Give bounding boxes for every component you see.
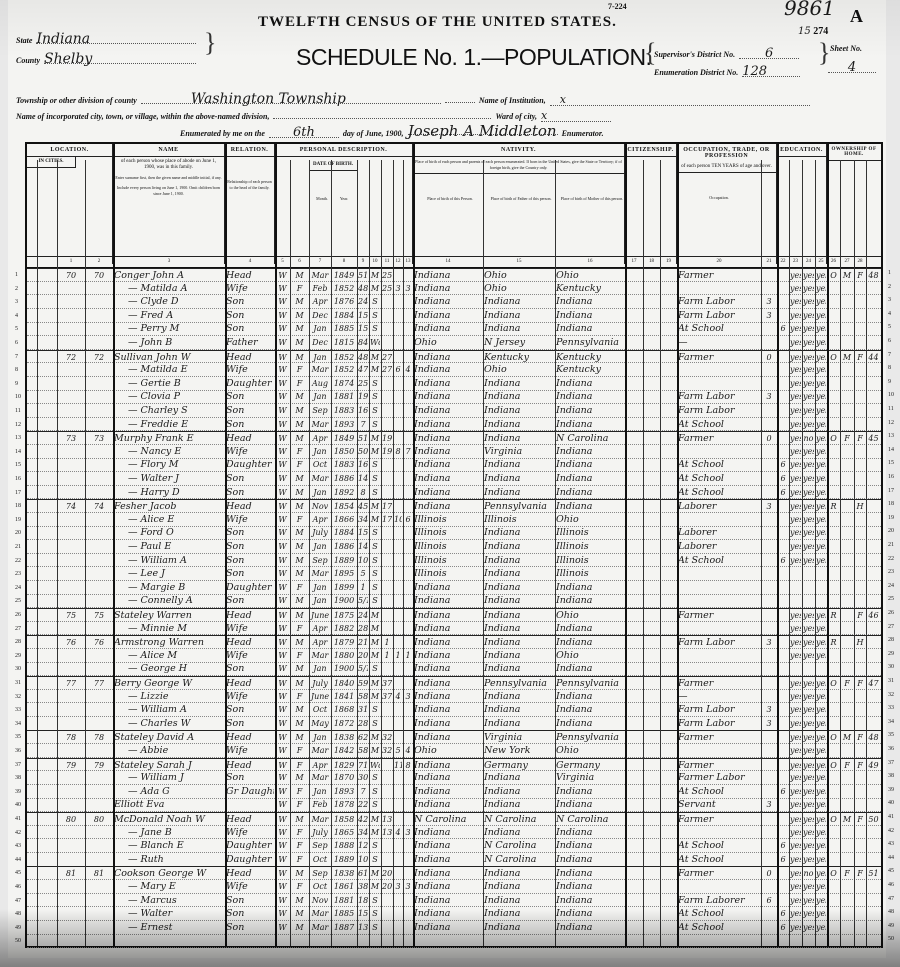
line-number-left: 46 xyxy=(15,884,21,890)
table-row: — Freddie ESonWMMar18937SIndianaIndianaI… xyxy=(27,418,881,432)
cell-school xyxy=(778,282,788,296)
line-number-left: 42 xyxy=(15,830,21,836)
table-row: — William JSonWMMar187030SIndianaIndiana… xyxy=(27,771,881,785)
cell-read: yes xyxy=(790,377,801,391)
cell-family xyxy=(86,377,112,391)
cell-family xyxy=(86,798,112,812)
cell-dwelling xyxy=(58,390,84,404)
cell-dwelling xyxy=(58,526,84,540)
cell-children-living: 1 xyxy=(404,649,412,663)
cell-children-born xyxy=(394,404,402,418)
cell-month: June xyxy=(310,690,330,704)
line-number: 32 xyxy=(888,692,894,698)
cell-schedule xyxy=(867,363,880,377)
cell-occupation xyxy=(678,662,760,676)
cell-yrs-married xyxy=(382,322,392,336)
cell-family xyxy=(86,404,112,418)
cell-color: W xyxy=(276,907,289,921)
cell-children-living: 4 xyxy=(404,744,412,758)
cell-children-living xyxy=(404,377,412,391)
column-divider xyxy=(275,144,277,946)
cell-occupation: Farm Labor xyxy=(678,295,760,309)
cell-sex: F xyxy=(291,826,308,840)
column-divider xyxy=(854,160,855,946)
cell-own xyxy=(828,703,839,717)
cell-yrs-married xyxy=(382,853,392,867)
cell-read: yes xyxy=(790,363,801,377)
cell-father-birth: Indiana xyxy=(484,622,554,636)
column-number: 20 xyxy=(677,259,761,264)
table-row: 7979Stateley Sarah JHeadWFApr182971Wd118… xyxy=(27,758,881,772)
cell-birth: Illinois xyxy=(414,554,482,568)
cell-color: W xyxy=(276,309,289,323)
cell-year: 1866 xyxy=(332,513,356,527)
cell-read: yes xyxy=(790,894,801,908)
cell-english xyxy=(816,567,826,581)
cell-marital: S xyxy=(370,594,380,608)
cell-sex: M xyxy=(291,526,308,540)
cell-dwelling xyxy=(58,554,84,568)
table-row: 7878Stateley David AHeadWMJan183862M32In… xyxy=(27,730,881,744)
cell-age: 14 xyxy=(358,540,368,554)
cell-school xyxy=(778,649,788,663)
cell-age: 48 xyxy=(358,282,368,296)
cell-mother-birth: Indiana xyxy=(556,703,624,717)
cell-mother-birth: Indiana xyxy=(556,594,624,608)
cell-month: July xyxy=(310,526,330,540)
line-number-left: 36 xyxy=(15,748,21,754)
cell-mortgage xyxy=(841,662,853,676)
cell-own xyxy=(828,377,839,391)
cell-schedule xyxy=(867,526,880,540)
cell-family xyxy=(86,418,112,432)
cell-mortgage xyxy=(841,853,853,867)
cell-children-born xyxy=(394,309,402,323)
cell-farm xyxy=(855,622,865,636)
table-row: 7070Conger John AHeadWMMar184951M25India… xyxy=(27,268,881,282)
cell-month: Mar xyxy=(310,744,330,758)
cell-yrs-married xyxy=(382,418,392,432)
cell-read: yes xyxy=(790,526,801,540)
cell-months-unemp: 6 xyxy=(762,894,776,908)
cell-schedule xyxy=(867,390,880,404)
cell-name: — Abbie xyxy=(114,744,224,758)
cell-age: 22 xyxy=(358,798,368,812)
cell-name: — Lee J xyxy=(114,567,224,581)
cell-school xyxy=(778,295,788,309)
cell-school xyxy=(778,717,788,731)
line-number-left: 5 xyxy=(15,326,18,332)
cell-english: yes xyxy=(816,282,826,296)
line-number: 21 xyxy=(888,542,894,548)
cell-months-unemp xyxy=(762,771,776,785)
cell-dwelling xyxy=(58,622,84,636)
cell-schedule xyxy=(867,404,880,418)
cell-birth: Indiana xyxy=(414,649,482,663)
cell-birth: Indiana xyxy=(414,853,482,867)
ward-value: x xyxy=(541,109,611,122)
table-row: — Mary EWifeWFOct186138M2033IndianaIndia… xyxy=(27,880,881,894)
cell-yrs-married xyxy=(382,581,392,595)
line-number: 24 xyxy=(888,583,894,589)
cell-months-unemp xyxy=(762,322,776,336)
census-title: TWELFTH CENSUS OF THE UNITED STATES. xyxy=(258,14,617,31)
cell-children-living xyxy=(404,295,412,309)
cell-age: 28 xyxy=(358,622,368,636)
table-row: 7575Stateley WarrenHeadWMJune187524MIndi… xyxy=(27,608,881,622)
cell-name: — Margie B xyxy=(114,581,224,595)
cell-month xyxy=(310,934,330,948)
cell-write: yes xyxy=(803,894,814,908)
cell-occupation: At School xyxy=(678,785,760,799)
cell-children-born xyxy=(394,390,402,404)
cell-birth: Indiana xyxy=(414,309,482,323)
line-number: 20 xyxy=(888,528,894,534)
cell-marital: M xyxy=(370,690,380,704)
cell-yrs-married xyxy=(382,567,392,581)
cell-relation: Son xyxy=(226,404,274,418)
line-number: 7 xyxy=(888,352,891,358)
cell-occupation xyxy=(678,567,760,581)
cell-father-birth: Indiana xyxy=(484,771,554,785)
cell-birth: Indiana xyxy=(414,363,482,377)
line-number-left: 41 xyxy=(15,816,21,822)
cell-month: Jan xyxy=(310,540,330,554)
cell-month: Mar xyxy=(310,771,330,785)
cell-color: W xyxy=(276,526,289,540)
line-number: 26 xyxy=(888,610,894,616)
cell-mortgage xyxy=(841,839,853,853)
line-number-left: 39 xyxy=(15,789,21,795)
cell-age: 25 xyxy=(358,377,368,391)
cell-children-born xyxy=(394,934,402,948)
cell-family xyxy=(86,703,112,717)
cell-mother-birth: Indiana xyxy=(556,390,624,404)
cell-children-living: 7 xyxy=(404,445,412,459)
cell-read: yes xyxy=(790,690,801,704)
cell-schedule xyxy=(867,744,880,758)
cell-color: W xyxy=(276,554,289,568)
cell-school xyxy=(778,594,788,608)
column-number: 25 xyxy=(815,259,827,264)
cell-color: W xyxy=(276,622,289,636)
cell-schedule xyxy=(867,622,880,636)
cell-family xyxy=(86,826,112,840)
cell-school xyxy=(778,662,788,676)
line-number: 34 xyxy=(888,719,894,725)
cell-marital: S xyxy=(370,839,380,853)
cell-read xyxy=(790,594,801,608)
cell-year: 1872 xyxy=(332,717,356,731)
cell-relation xyxy=(226,934,274,948)
cell-read: yes xyxy=(790,458,801,472)
cell-schedule xyxy=(867,717,880,731)
cell-dwelling xyxy=(58,826,84,840)
cell-occupation: Servant xyxy=(678,798,760,812)
cell-schedule xyxy=(867,554,880,568)
cell-children-born xyxy=(394,703,402,717)
column-divider xyxy=(85,160,86,946)
cell-children-born: 6 xyxy=(394,363,402,377)
cell-english: yes xyxy=(816,309,826,323)
cell-write: yes xyxy=(803,690,814,704)
cell-year: 1874 xyxy=(332,377,356,391)
cell-month: Mar xyxy=(310,472,330,486)
cell-age xyxy=(358,934,368,948)
cell-color: W xyxy=(276,826,289,840)
cell-months-unemp: 3 xyxy=(762,309,776,323)
cell-relation: Son xyxy=(226,717,274,731)
cell-own xyxy=(828,907,839,921)
cell-dwelling xyxy=(58,744,84,758)
table-row: — William ASonWMSep188910SIllinoisIndian… xyxy=(27,554,881,568)
cell-own xyxy=(828,798,839,812)
cell-children-living xyxy=(404,472,412,486)
cell-birth: Illinois xyxy=(414,567,482,581)
cell-family xyxy=(86,295,112,309)
cell-farm xyxy=(855,458,865,472)
cell-relation: Daughter xyxy=(226,853,274,867)
column-number: 2 xyxy=(85,259,113,264)
cell-english: yes xyxy=(816,771,826,785)
cell-schedule xyxy=(867,322,880,336)
cell-children-living: 3 xyxy=(404,826,412,840)
cell-marital xyxy=(370,934,380,948)
cell-name: — Minnie M xyxy=(114,622,224,636)
cell-relation: Son xyxy=(226,472,274,486)
cell-name: Elliott Eva xyxy=(114,798,210,812)
cell-english: yes xyxy=(816,486,826,500)
cell-write: yes xyxy=(803,826,814,840)
cell-children-living xyxy=(404,894,412,908)
cell-month: Mar xyxy=(310,649,330,663)
enumerator-name: Joseph A Middleton xyxy=(408,122,558,135)
cell-marital: S xyxy=(370,921,380,935)
cell-school xyxy=(778,540,788,554)
column-number: 19 xyxy=(660,259,677,264)
cell-marital: S xyxy=(370,472,380,486)
line-number: 9 xyxy=(888,379,891,385)
cell-english: yes xyxy=(816,445,826,459)
cell-yrs-married xyxy=(382,526,392,540)
cell-marital: S xyxy=(370,853,380,867)
cell-sex: F xyxy=(291,880,308,894)
cell-father-birth: Indiana xyxy=(484,554,554,568)
cell-age: 58 xyxy=(358,744,368,758)
cell-farm xyxy=(855,744,865,758)
cell-children-born xyxy=(394,540,402,554)
cell-sex: F xyxy=(291,363,308,377)
cell-read: yes xyxy=(790,622,801,636)
line-number-left: 29 xyxy=(15,653,21,659)
cell-occupation xyxy=(678,594,760,608)
table-row: — Alice MWifeWFMar188020M111IndianaIndia… xyxy=(27,649,881,663)
cell-children-living xyxy=(404,540,412,554)
cell-sex: F xyxy=(291,282,308,296)
cell-english: yes xyxy=(816,377,826,391)
cell-yrs-married xyxy=(382,309,392,323)
cell-family xyxy=(86,581,112,595)
line-number-left: 25 xyxy=(15,598,21,604)
cell-mother-birth xyxy=(556,934,624,948)
cell-relation: Wife xyxy=(226,363,274,377)
cell-year: 1876 xyxy=(332,295,356,309)
cell-mortgage xyxy=(841,567,853,581)
cell-name: — Blanch E xyxy=(114,839,224,853)
line-number-left: 23 xyxy=(15,571,21,577)
cell-year: 1842 xyxy=(332,744,356,758)
line-number-left: 12 xyxy=(15,422,21,428)
cell-year: 1892 xyxy=(332,486,356,500)
cell-write: yes xyxy=(803,336,814,350)
cell-family xyxy=(86,336,112,350)
cell-children-born xyxy=(394,622,402,636)
line-number: 14 xyxy=(888,447,894,453)
cell-age: 14 xyxy=(358,472,368,486)
cell-year: 1889 xyxy=(332,554,356,568)
cell-marital: S xyxy=(370,662,380,676)
cell-family xyxy=(86,445,112,459)
cell-family xyxy=(86,839,112,853)
column-number: 3 xyxy=(113,259,225,264)
cell-sex: F xyxy=(291,458,308,472)
institution-value: x xyxy=(550,93,810,106)
cell-read: yes xyxy=(790,486,801,500)
column-number: 4 xyxy=(225,259,275,264)
cell-birth: Indiana xyxy=(414,322,482,336)
cell-name: — Connelly A xyxy=(114,594,224,608)
cell-relation: Daughter xyxy=(226,377,274,391)
cell-month: Oct xyxy=(310,853,330,867)
cell-relation: Son xyxy=(226,703,274,717)
column-number: 1 xyxy=(57,259,85,264)
cell-months-unemp xyxy=(762,690,776,704)
cell-father-birth: Indiana xyxy=(484,826,554,840)
line-number: 28 xyxy=(888,637,894,643)
column-number: 17 xyxy=(625,259,643,264)
cell-age: 5/12 xyxy=(358,594,368,608)
cell-write: yes xyxy=(803,322,814,336)
cell-children-born xyxy=(394,798,402,812)
line-number-left: 44 xyxy=(15,857,21,863)
cell-father-birth: Indiana xyxy=(484,486,554,500)
cell-sex: M xyxy=(291,703,308,717)
line-number: 37 xyxy=(888,760,894,766)
line-number-left: 27 xyxy=(15,626,21,632)
cell-father-birth: Indiana xyxy=(484,390,554,404)
cell-school: 6 xyxy=(778,322,788,336)
cell-yrs-married xyxy=(382,404,392,418)
cell-yrs-married: 32 xyxy=(382,744,392,758)
cell-farm xyxy=(855,513,865,527)
cell-birth: Indiana xyxy=(414,390,482,404)
cell-age: 10 xyxy=(358,853,368,867)
cell-month: Oct xyxy=(310,880,330,894)
cell-school xyxy=(778,363,788,377)
cell-month: Feb xyxy=(310,798,330,812)
cell-mother-birth: Illinois xyxy=(556,540,624,554)
cell-father-birth: Illinois xyxy=(484,513,554,527)
cell-dwelling xyxy=(58,662,84,676)
cell-farm xyxy=(855,894,865,908)
cell-school xyxy=(778,445,788,459)
cell-birth: Indiana xyxy=(414,377,482,391)
cell-own xyxy=(828,622,839,636)
cell-schedule xyxy=(867,513,880,527)
cell-months-unemp xyxy=(762,581,776,595)
cell-year: 1893 xyxy=(332,785,356,799)
cell-months-unemp xyxy=(762,540,776,554)
cell-read: yes xyxy=(790,853,801,867)
line-number: 46 xyxy=(888,882,894,888)
cell-read: yes xyxy=(790,540,801,554)
cell-occupation: Farm Labor xyxy=(678,404,760,418)
cell-month: Jan xyxy=(310,486,330,500)
cell-mortgage xyxy=(841,418,853,432)
cell-school xyxy=(778,703,788,717)
cell-year: 1899 xyxy=(332,581,356,595)
cell-children-living xyxy=(404,622,412,636)
cell-color: W xyxy=(276,744,289,758)
cell-color: W xyxy=(276,785,289,799)
cell-month: Apr xyxy=(310,622,330,636)
cell-months-unemp xyxy=(762,526,776,540)
cell-color: W xyxy=(276,567,289,581)
cell-mortgage xyxy=(841,309,853,323)
cell-own xyxy=(828,880,839,894)
cell-farm xyxy=(855,336,865,350)
cell-months-unemp: 3 xyxy=(762,717,776,731)
cell-own xyxy=(828,921,839,935)
cell-father-birth: Indiana xyxy=(484,907,554,921)
cell-farm xyxy=(855,540,865,554)
header-relation: RELATION. Relationship of each person to… xyxy=(225,144,275,264)
cell-children-born xyxy=(394,486,402,500)
cell-sex: M xyxy=(291,540,308,554)
cell-read: yes xyxy=(790,513,801,527)
cell-father-birth: Ohio xyxy=(484,363,554,377)
column-divider xyxy=(483,160,484,946)
cell-own xyxy=(828,458,839,472)
cell-sex: F xyxy=(291,513,308,527)
cell-father-birth: N Carolina xyxy=(484,839,554,853)
cell-color: W xyxy=(276,717,289,731)
cell-age: 50 xyxy=(358,445,368,459)
cell-farm xyxy=(855,404,865,418)
cell-year xyxy=(332,934,356,948)
cell-name: — Walter xyxy=(114,907,224,921)
cell-school xyxy=(778,826,788,840)
cell-family xyxy=(86,554,112,568)
cell-birth: Ohio xyxy=(414,744,482,758)
cell-children-born xyxy=(394,594,402,608)
cell-write: yes xyxy=(803,418,814,432)
cell-read: yes xyxy=(790,880,801,894)
column-number: 18 xyxy=(643,259,660,264)
cell-color: W xyxy=(276,513,289,527)
cell-months-unemp xyxy=(762,622,776,636)
cell-marital: S xyxy=(370,322,380,336)
cell-schedule xyxy=(867,921,880,935)
cell-dwelling xyxy=(58,445,84,459)
cell-farm xyxy=(855,526,865,540)
column-number: 15 xyxy=(483,259,555,264)
cell-dwelling xyxy=(58,309,84,323)
cell-occupation xyxy=(678,744,760,758)
cell-name: — Clovia P xyxy=(114,390,224,404)
cell-name: — Harry D xyxy=(114,486,224,500)
line-number: 16 xyxy=(888,474,894,480)
